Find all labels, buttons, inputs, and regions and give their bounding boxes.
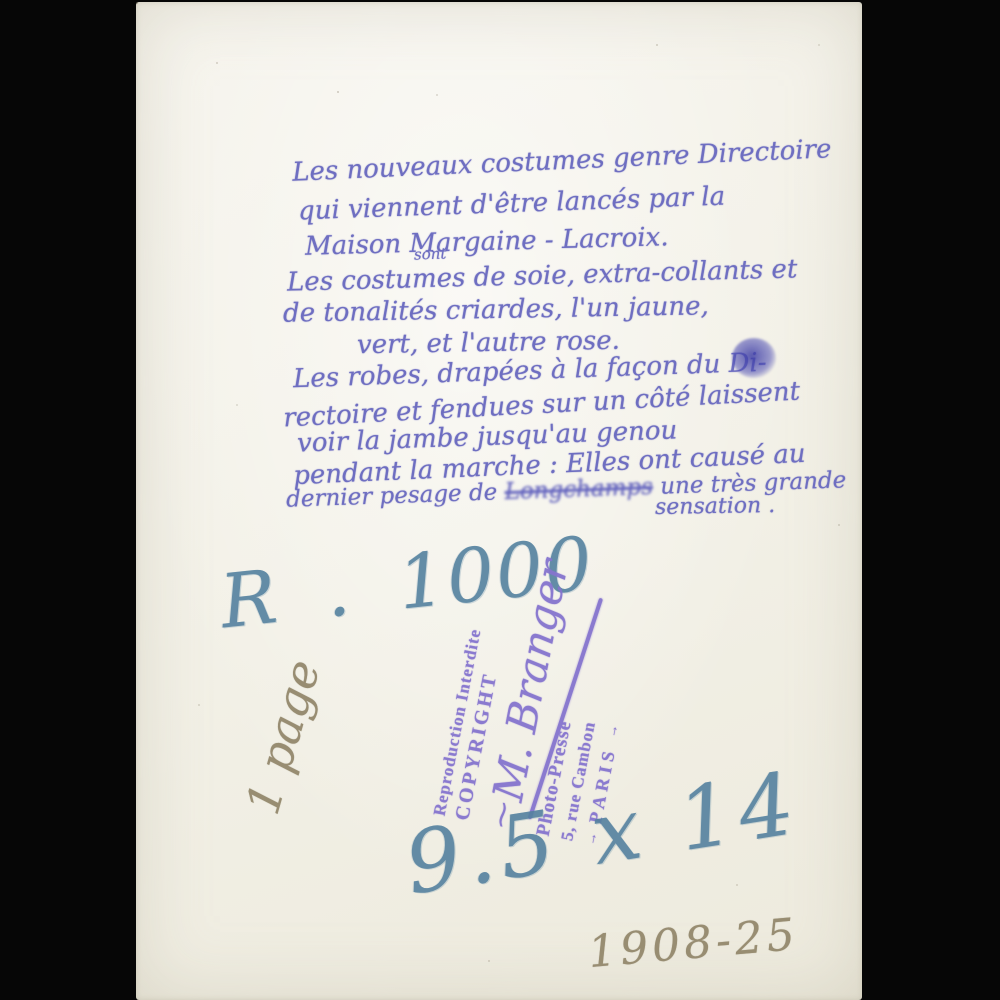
paper-specks xyxy=(136,2,138,4)
handwriting-line-4b: de soie, extra-collants et xyxy=(473,254,797,292)
handwriting-line-4a: Les costumes xyxy=(287,263,466,298)
handwriting-smudged-word: Longchamps xyxy=(504,474,653,505)
handwriting-line-12: sensation . xyxy=(655,493,776,520)
scanned-photo-backdrop: Les nouveaux costumes genre Directoire q… xyxy=(0,0,1000,1000)
ink-blot xyxy=(732,338,776,378)
handwriting-line-4: Les costumes de soie, extra-collants et xyxy=(287,254,798,297)
photo-verso-paper: Les nouveaux costumes genre Directoire q… xyxy=(136,2,862,1000)
handwriting-line-1: Les nouveaux costumes genre Directoire xyxy=(292,134,832,188)
handwriting-line-2: qui viennent d'être lancés par la xyxy=(298,182,726,227)
pencil-catalog-number: 1908-25 xyxy=(586,909,800,978)
handwriting-line-5: de tonalités criardes, l'un jaune, xyxy=(283,291,709,328)
handwriting-insertion-sont: sont xyxy=(414,244,447,263)
handwriting-line-3: Maison Margaine - Lacroix. xyxy=(305,222,669,262)
pencil-page-note: 1 page xyxy=(235,654,330,820)
arrow-ornament-icon: → xyxy=(603,723,620,739)
